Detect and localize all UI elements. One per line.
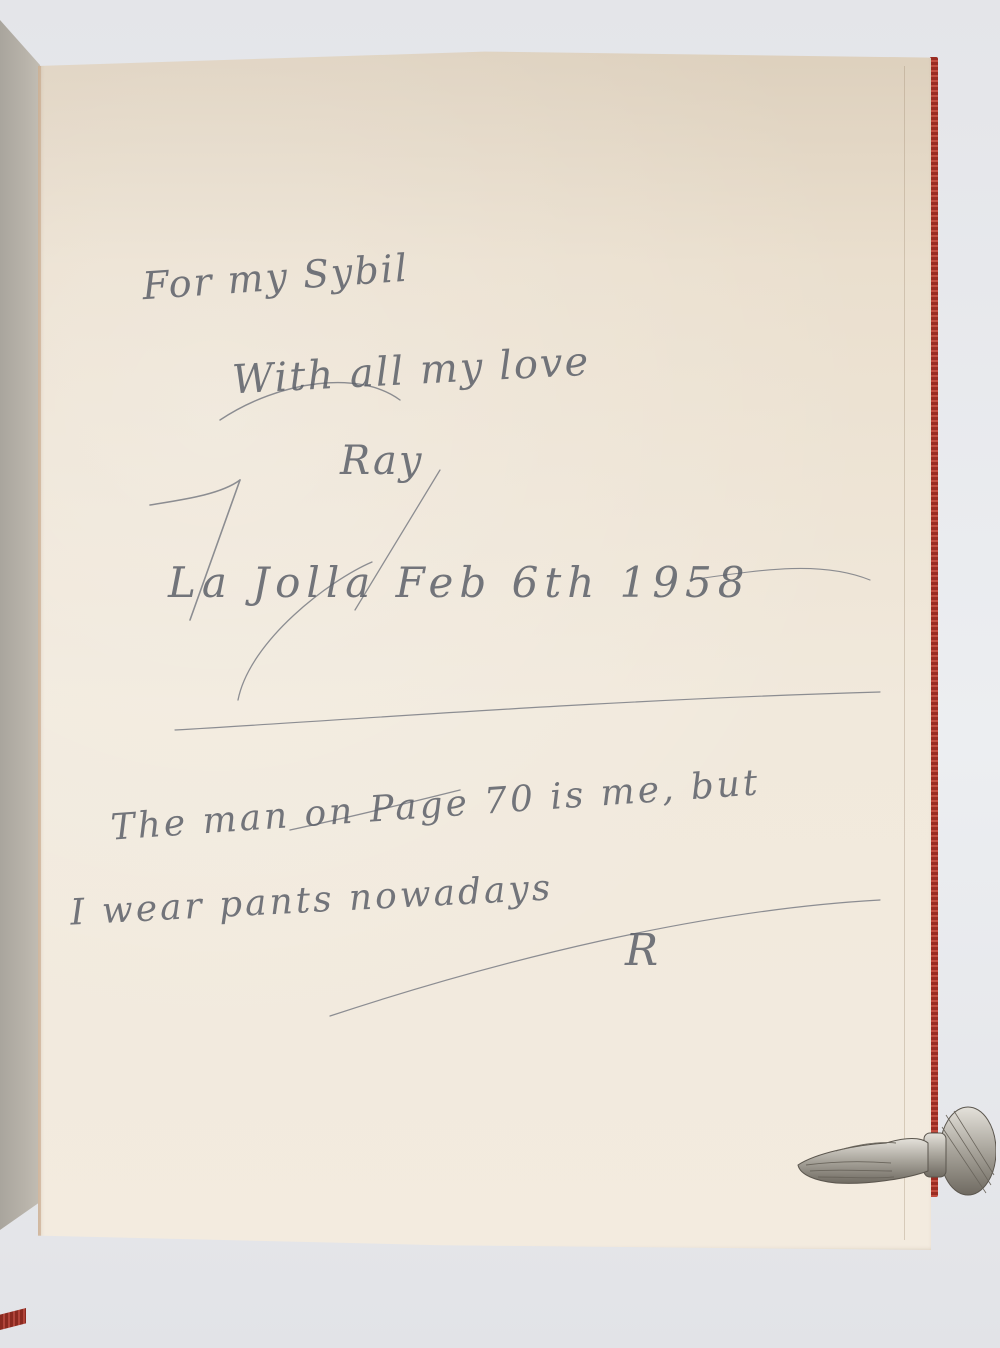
silver-hand-clip-icon: [796, 1105, 996, 1200]
page-fold-line: [904, 66, 905, 1240]
red-cloth-board-edge: [930, 57, 938, 1197]
flyleaf-page: [38, 48, 931, 1250]
inscription-signature: R: [625, 925, 660, 976]
inscription-line-3: Ray: [340, 438, 423, 484]
inscription-line-4: La Jolla Feb 6th 1958: [168, 558, 750, 607]
left-page: [0, 20, 40, 1230]
